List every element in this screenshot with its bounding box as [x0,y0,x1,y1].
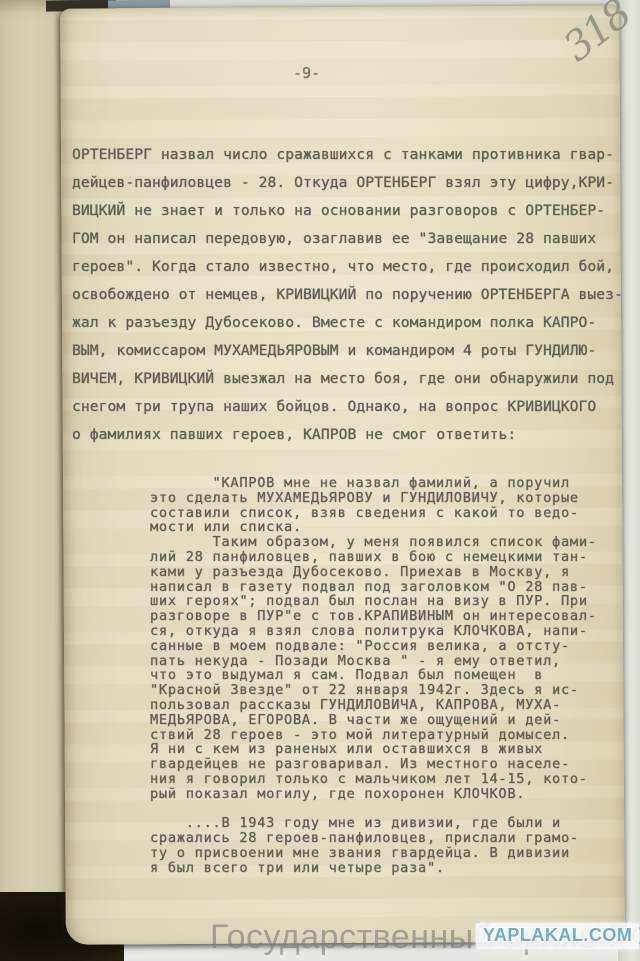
table-top-edge [108,0,170,8]
page-number: -9- [293,64,320,82]
typed-quote-block: "КАПРОВ мне не назвал фамилий, а поручил… [150,476,618,876]
site-watermark-text: YAPLAKAL.COM [483,925,632,945]
archive-photo: -9- 318 ОРТЕНБЕРГ назвал число сражавших… [0,0,640,961]
site-watermark-badge: YAPLAKAL.COM [476,923,639,949]
typed-main-paragraph: ОРТЕНБЕРГ назвал число сражавшихся с тан… [72,141,624,449]
